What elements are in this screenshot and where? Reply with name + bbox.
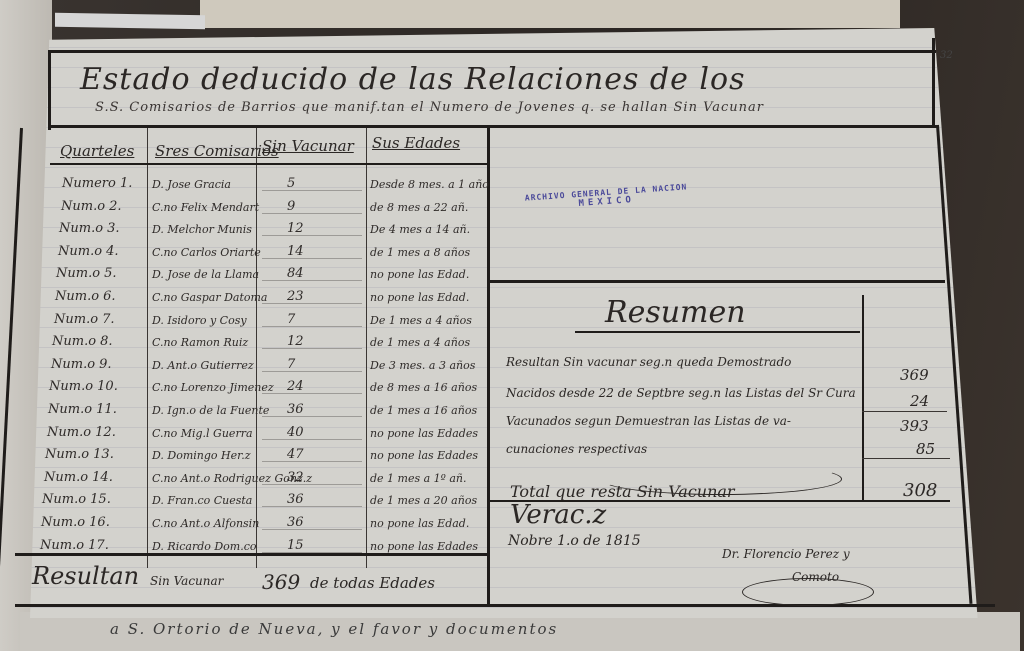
resumen-values-divider — [862, 295, 864, 500]
row-quartel: Num.o 15. — [42, 492, 111, 507]
row-comisario: D. Isidoro y Cosy — [152, 314, 247, 327]
row-edades: de 1 mes a 16 años — [370, 404, 477, 417]
row-guide-line — [262, 506, 362, 507]
row-quartel: Num.o 12. — [47, 425, 116, 440]
row-guide-line — [262, 258, 362, 259]
row-sin-vacunar: 36 — [287, 492, 304, 507]
col-divider-1 — [147, 128, 148, 568]
underlying-sheet-top — [200, 0, 900, 28]
row-comisario: C.no Carlos Oriarte — [152, 246, 261, 259]
row-guide-line — [262, 484, 362, 485]
row-comisario: D. Fran.co Cuesta — [152, 494, 252, 507]
header-quarteles: Quarteles — [60, 142, 134, 160]
row-quartel: Num.o 7. — [54, 312, 115, 327]
row-sin-vacunar: 5 — [287, 176, 295, 191]
frame-right — [932, 38, 935, 128]
row-edades: de 1 mes a 20 años — [370, 494, 477, 507]
row-comisario: D. Ign.o de la Fuente — [152, 404, 269, 417]
resumen-line-3: Vacunados segun Demuestran las Listas de… — [506, 414, 791, 428]
row-quartel: Num.o 6. — [55, 289, 116, 304]
signature-flourish — [742, 578, 874, 606]
row-guide-line — [262, 280, 362, 281]
resumen-value-4: 85 — [916, 440, 935, 458]
row-comisario: C.no Lorenzo Jimenez — [152, 381, 274, 394]
row-sin-vacunar: 36 — [287, 515, 304, 530]
resumen-line-2: Nacidos desde 22 de Septbre seg.n las Li… — [506, 386, 856, 400]
row-comisario: D. Jose de la Llama — [152, 268, 259, 281]
row-comisario: C.no Ant.o Alfonsin — [152, 517, 259, 530]
row-sin-vacunar: 23 — [287, 289, 304, 304]
header-comisarios: Sres Comisarios — [155, 142, 279, 160]
row-edades: de 8 mes a 16 años — [370, 381, 477, 394]
row-comisario: D. Ant.o Gutierrez — [152, 359, 254, 372]
row-guide-line — [262, 348, 362, 349]
table-footer-top — [15, 553, 490, 556]
row-sin-vacunar: 7 — [287, 357, 295, 372]
resumen-value-3: 393 — [900, 417, 929, 435]
row-comisario: D. Jose Gracia — [152, 178, 231, 191]
footer-value: 369 — [262, 570, 300, 594]
resumen-line-1: Resultan Sin vacunar seg.n queda Demostr… — [506, 355, 791, 369]
col-divider-3 — [366, 128, 367, 568]
resumen-title-underline — [575, 331, 860, 333]
signatory-name: Dr. Florencio Perez y — [722, 547, 850, 561]
row-sin-vacunar: 9 — [287, 199, 295, 214]
row-comisario: D. Melchor Munis — [152, 223, 252, 236]
resumen-top-line — [490, 280, 945, 283]
row-quartel: Num.o 13. — [45, 447, 114, 462]
row-quartel: Num.o 16. — [41, 515, 110, 530]
resumen-line-4: cunaciones respectivas — [506, 442, 647, 456]
row-edades: De 1 mes a 4 años — [370, 314, 472, 327]
row-comisario: C.no Felix Mendart — [152, 201, 259, 214]
underlying-sheet-text: a S. Ortorio de Nueva, y el favor y docu… — [110, 620, 558, 638]
row-guide-line — [262, 461, 362, 462]
row-sin-vacunar: 36 — [287, 402, 304, 417]
row-quartel: Numero 1. — [62, 176, 132, 191]
row-edades: Desde 8 mes. a 1 año — [370, 178, 489, 191]
row-sin-vacunar: 12 — [287, 334, 304, 349]
row-quartel: Num.o 8. — [52, 334, 113, 349]
resumen-title: Resumen — [605, 295, 746, 330]
row-edades: De 3 mes. a 3 años — [370, 359, 475, 372]
row-edades: de 8 mes a 22 añ. — [370, 201, 468, 214]
row-comisario: D. Ricardo Dom.co — [152, 540, 257, 553]
frame-bottom — [15, 604, 995, 607]
row-comisario: C.no Gaspar Datoma — [152, 291, 267, 304]
row-guide-line — [262, 190, 362, 191]
closing-date: Nobre 1.o de 1815 — [508, 533, 641, 549]
resumen-total-value: 308 — [903, 480, 937, 501]
row-sin-vacunar: 84 — [287, 266, 304, 281]
row-guide-line — [262, 529, 362, 530]
row-guide-line — [262, 371, 362, 372]
row-edades: de 1 mes a 4 años — [370, 336, 470, 349]
resumen-value-2: 24 — [910, 392, 929, 410]
footer-label: Resultan — [32, 562, 139, 590]
row-comisario: C.no Ramon Ruiz — [152, 336, 248, 349]
header-underline — [50, 163, 490, 165]
row-sin-vacunar: 12 — [287, 221, 304, 236]
row-quartel: Num.o 10. — [49, 379, 118, 394]
row-sin-vacunar: 24 — [287, 379, 304, 394]
row-quartel: Num.o 2. — [61, 199, 122, 214]
row-sin-vacunar: 47 — [287, 447, 304, 462]
row-sin-vacunar: 7 — [287, 312, 295, 327]
row-guide-line — [262, 439, 362, 440]
row-guide-line — [262, 303, 362, 304]
row-sin-vacunar: 40 — [287, 425, 304, 440]
col-divider-4 — [487, 128, 490, 604]
row-edades: de 1 mes a 1º añ. — [370, 472, 467, 485]
row-edades: no pone las Edad. — [370, 291, 469, 304]
row-quartel: Num.o 17. — [40, 538, 109, 553]
frame-left — [48, 50, 51, 130]
row-quartel: Num.o 5. — [56, 266, 117, 281]
row-sin-vacunar: 14 — [287, 244, 304, 259]
resumen-total-line — [862, 458, 950, 459]
row-comisario: D. Domingo Her.z — [152, 449, 251, 462]
row-comisario: C.no Mig.l Guerra — [152, 427, 253, 440]
paper-slip — [55, 13, 205, 30]
header-edades: Sus Edades — [372, 134, 460, 152]
col-divider-2 — [256, 128, 257, 568]
row-sin-vacunar: 32 — [287, 470, 304, 485]
row-guide-line — [262, 235, 362, 236]
resumen-value-1: 369 — [900, 366, 929, 384]
row-quartel: Num.o 11. — [48, 402, 117, 417]
closing-place: Verac.z — [510, 500, 606, 530]
row-edades: no pone las Edades — [370, 427, 478, 440]
header-divider — [48, 125, 938, 128]
row-guide-line — [262, 416, 362, 417]
folio-number: 32 — [940, 50, 953, 61]
row-guide-line — [262, 393, 362, 394]
document-subtitle: S.S. Comisarios de Barrios que manif.tan… — [95, 100, 764, 115]
row-edades: no pone las Edades — [370, 540, 478, 553]
row-quartel: Num.o 3. — [59, 221, 120, 236]
row-quartel: Num.o 9. — [51, 357, 112, 372]
resumen-flourish — [600, 463, 842, 495]
frame-top — [48, 50, 936, 53]
row-guide-line — [262, 326, 362, 327]
footer-suffix: de todas Edades — [310, 574, 435, 592]
footer-text: Sin Vacunar — [150, 574, 223, 588]
document-title: Estado deducido de las Relaciones de los — [80, 62, 745, 97]
row-edades: no pone las Edades — [370, 449, 478, 462]
row-edades: no pone las Edad. — [370, 517, 469, 530]
resumen-subtotal-line — [862, 411, 947, 412]
header-sin-vacunar: Sin Vacunar — [262, 137, 354, 155]
row-edades: De 4 mes a 14 añ. — [370, 223, 470, 236]
row-edades: no pone las Edad. — [370, 268, 469, 281]
row-quartel: Num.o 14. — [44, 470, 113, 485]
row-sin-vacunar: 15 — [287, 538, 304, 553]
row-quartel: Num.o 4. — [58, 244, 119, 259]
row-edades: de 1 mes a 8 años — [370, 246, 470, 259]
row-guide-line — [262, 213, 362, 214]
